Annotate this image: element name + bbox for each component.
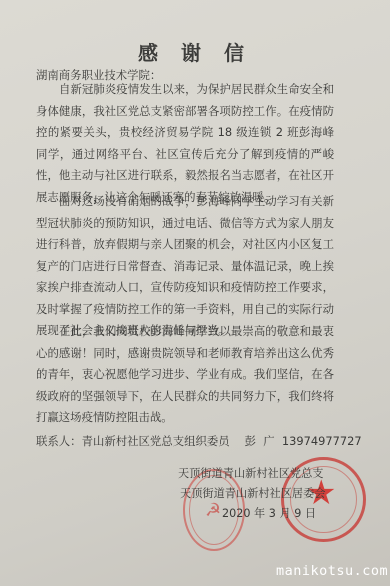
paragraph-2: 面对这场没有硝烟的战争，彭海峰同学主动学习有关新型冠状肺炎的预防知识，通过电话、… bbox=[36, 191, 334, 342]
contact-line: 联系人：青山新村社区党总支组织委员 彭 广 13974977727 bbox=[36, 433, 362, 449]
paragraph-1: 自新冠肺炎疫情发生以来，为保护居民群众生命安全和身体健康，我社区党总支紧密部署各… bbox=[36, 79, 334, 208]
watermark: manikotsu.com bbox=[276, 563, 388, 579]
hammer-sickle-icon: ☭ bbox=[205, 500, 221, 521]
letter-page: 感 谢 信 湖南商务职业技术学院： 自新冠肺炎疫情发生以来，为保护居民群众生命安… bbox=[0, 0, 390, 586]
letter-date: 2020 年 3 月 9 日 bbox=[222, 505, 390, 521]
letter-title: 感 谢 信 bbox=[0, 37, 390, 66]
paragraph-3: 在此，我们向贵校彭海峰同学致以最崇高的敬意和最衷心的感谢！同时，感谢贵院领导和老… bbox=[36, 321, 334, 429]
signature-residents-committee: 天顶街道青山新村社区居委会 bbox=[180, 485, 390, 501]
signature-party-branch: 天顶街道青山新村社区党总支 bbox=[178, 465, 390, 481]
